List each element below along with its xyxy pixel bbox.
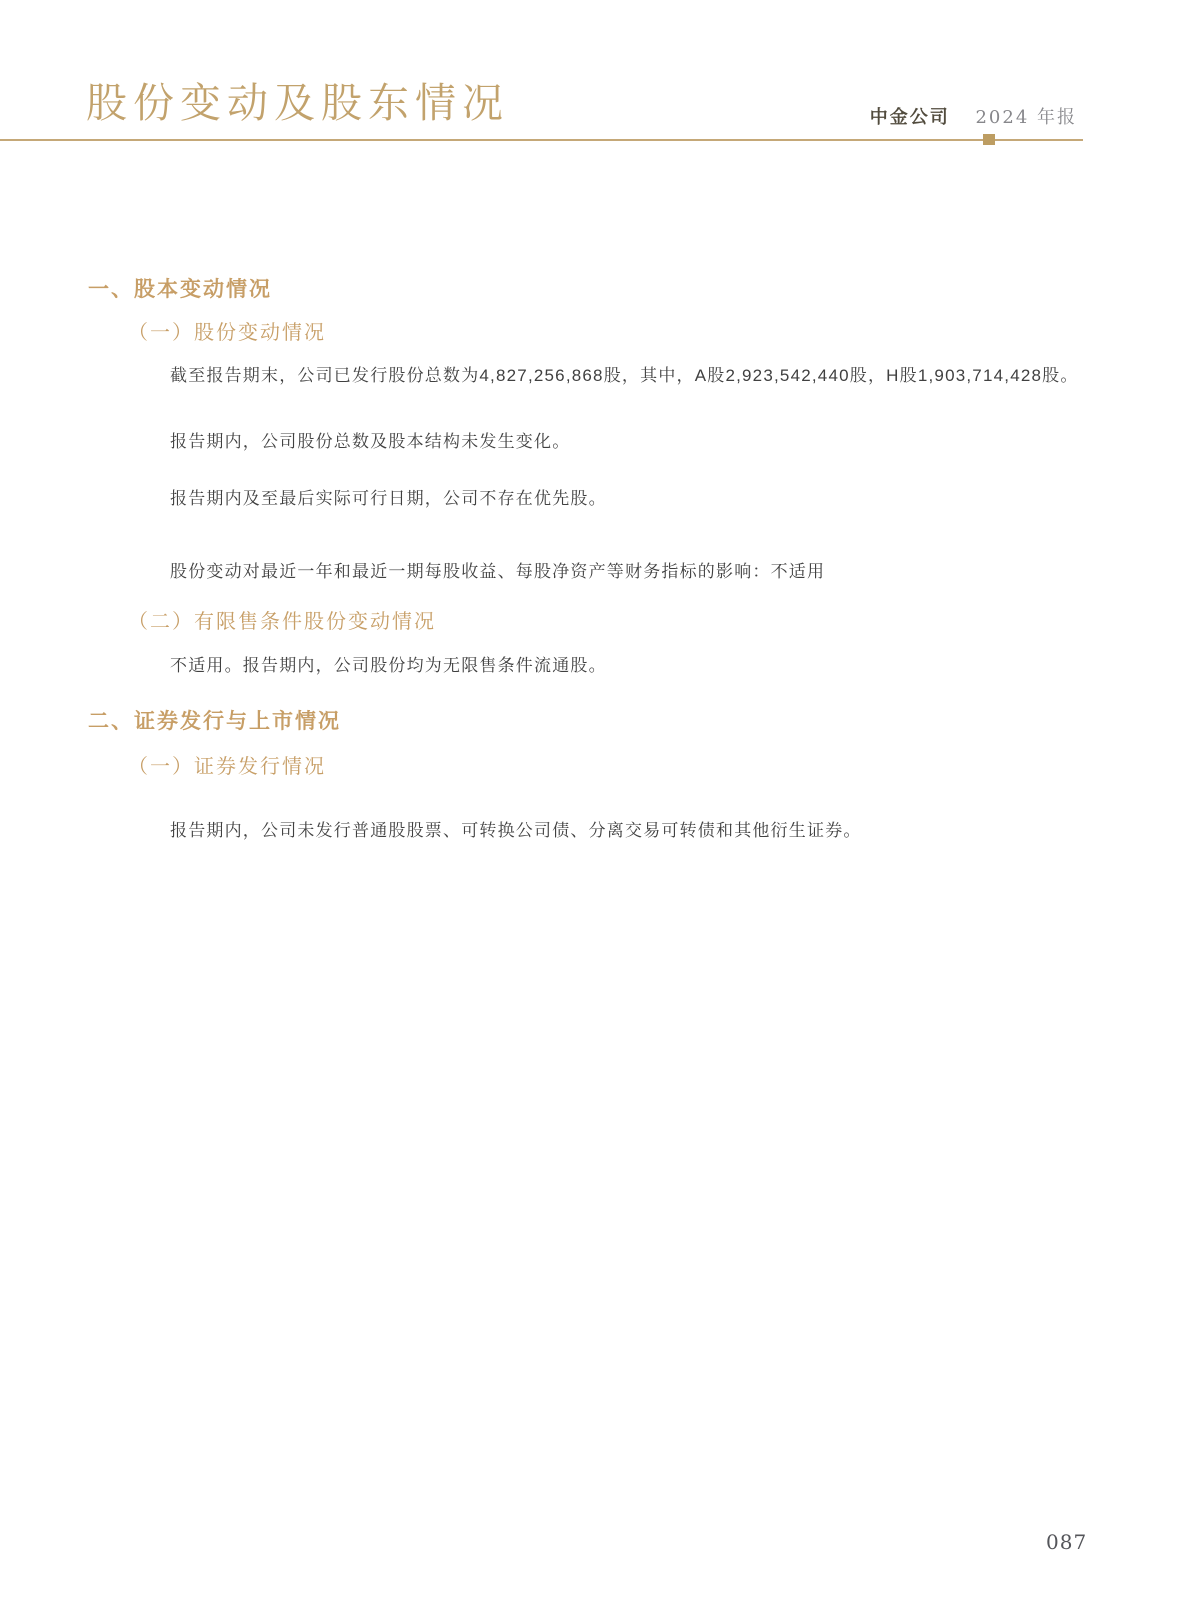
section-heading-securities-issuance: 二、证券发行与上市情况 bbox=[88, 705, 341, 735]
subsection-heading-securities-issuance: （一）证券发行情况 bbox=[128, 750, 326, 779]
paragraph-impact-on-indicators: 股份变动对最近一年和最近一期每股收益、每股净资产等财务指标的影响：不适用 bbox=[170, 557, 825, 582]
paragraph-no-securities-issued: 报告期内，公司未发行普通股股票、可转换公司债、分离交易可转债和其他衍生证券。 bbox=[170, 816, 862, 841]
paragraph-total-shares: 截至报告期末，公司已发行股份总数为4,827,256,868股，其中，A股2,9… bbox=[170, 361, 1079, 386]
paragraph-no-preferred-shares: 报告期内及至最后实际可行日期，公司不存在优先股。 bbox=[170, 484, 607, 509]
paragraph-not-applicable-restricted: 不适用。报告期内，公司股份均为无限售条件流通股。 bbox=[170, 651, 607, 676]
subsection-heading-share-changes: （一）股份变动情况 bbox=[128, 316, 326, 345]
page-number: 087 bbox=[1046, 1530, 1087, 1554]
report-edition: 2024 年报 bbox=[975, 107, 1077, 128]
header-brand-block: 中金公司 2024 年报 bbox=[870, 103, 1077, 129]
header-rule bbox=[0, 139, 1083, 141]
paragraph-no-structure-change: 报告期内，公司股份总数及股本结构未发生变化。 bbox=[170, 427, 570, 452]
subsection-heading-restricted-shares: （二）有限售条件股份变动情况 bbox=[128, 605, 436, 634]
section-heading-share-capital-changes: 一、股本变动情况 bbox=[88, 273, 272, 303]
brand-name: 中金公司 bbox=[870, 107, 950, 128]
page-title: 股份变动及股东情况 bbox=[86, 70, 509, 129]
report-page: 股份变动及股东情况 中金公司 2024 年报 一、股本变动情况 （一）股份变动情… bbox=[0, 0, 1190, 1615]
header-rule-square-accent bbox=[983, 134, 995, 145]
